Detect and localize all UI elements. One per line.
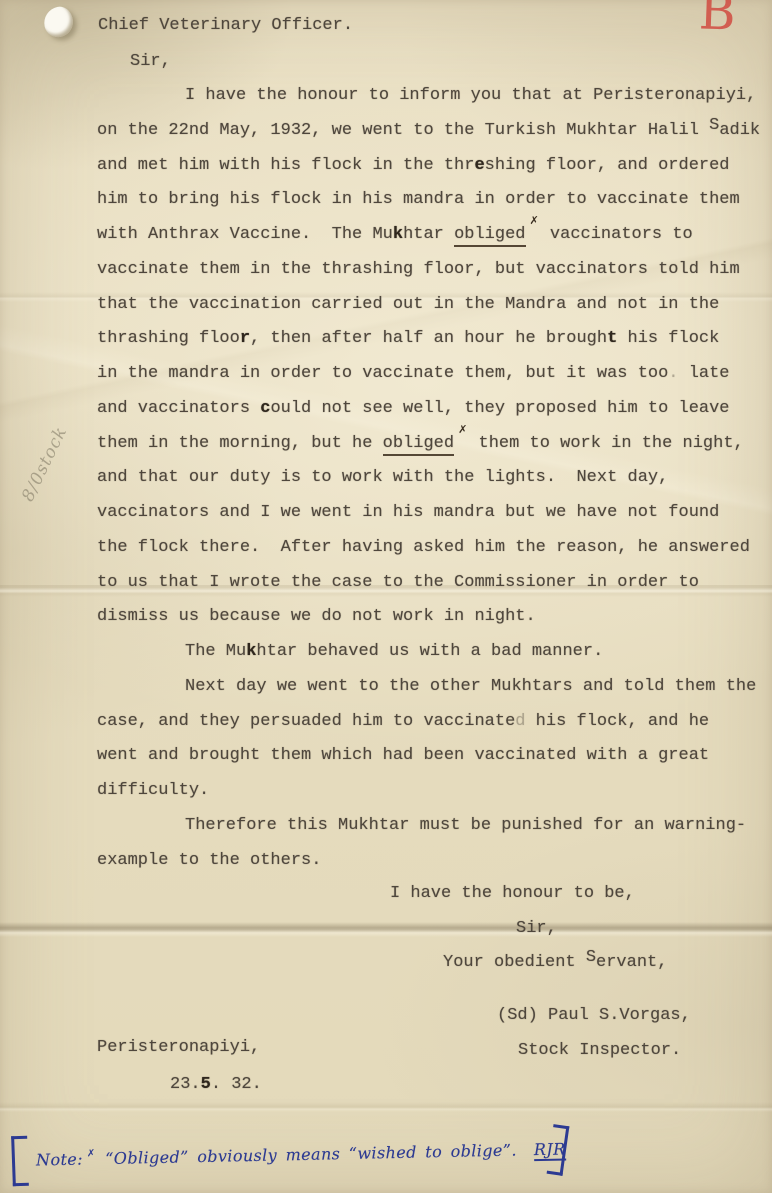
letter-line: on the 22nd May, 1932, we went to the Tu… (97, 119, 772, 154)
letter-line: Next day we went to the other Mukhtars a… (97, 675, 772, 710)
letter-line: example to the others. (97, 849, 772, 884)
letter-line: difficulty. (97, 779, 772, 814)
text-segment: them to work in the night, (468, 434, 743, 453)
text-segment: late (679, 364, 730, 383)
text-segment: Stock Inspector. (518, 1041, 681, 1060)
text-segment: ould not see well, they proposed him to … (270, 399, 729, 418)
text-segment: k (393, 225, 403, 244)
letter-line: Stock Inspector. (518, 1041, 681, 1061)
text-segment: . 32. (211, 1075, 262, 1094)
letter-line: him to bring his flock in his mandra in … (97, 188, 772, 223)
text-segment: Note: (36, 1150, 83, 1170)
text-segment: adik (719, 121, 760, 140)
text-segment: , then after half an hour he brough (250, 329, 607, 348)
text-segment: that the vaccination carried out in the … (97, 295, 719, 314)
text-segment: ervant, (596, 953, 667, 972)
letter-line: dismiss us because we do not work in nig… (97, 605, 772, 640)
text-segment: 5 (201, 1075, 211, 1094)
letter-line: and that our duty is to work with the li… (97, 466, 772, 501)
letter-line: Sir, (516, 919, 557, 939)
letter-line: vaccinate them in the thrashing floor, b… (97, 258, 772, 293)
letter-line: case, and they persuaded him to vaccinat… (97, 710, 772, 745)
text-segment: him to bring his flock in his mandra in … (97, 190, 740, 209)
text-segment: e (474, 156, 484, 175)
letter-line: and met him with his flock in the thresh… (97, 154, 772, 189)
letter-line: Chief Veterinary Officer. (98, 16, 353, 36)
text-segment: on the 22nd May, 1932, we went to the Tu… (97, 121, 709, 140)
letter-page: B 8/0stock Chief Veterinary Officer.Sir,… (0, 0, 772, 1193)
text-segment: Sir, (516, 919, 557, 938)
letter-line: Sir, (130, 52, 171, 72)
letter-line: 23.5. 32. (170, 1075, 262, 1095)
letter-line: I have the honour to inform you that at … (97, 84, 772, 119)
paper-hole (41, 4, 76, 39)
text-segment: (Sd) Paul S.Vorgas, (497, 1006, 691, 1025)
letter-line: vaccinators and I we went in his mandra … (97, 501, 772, 536)
text-segment: difficulty. (97, 781, 209, 800)
letter-line: in the mandra in order to vaccinate them… (97, 362, 772, 397)
text-segment: them in the morning, but he (97, 434, 383, 453)
text-segment: k (246, 642, 256, 661)
text-segment: ✗ (87, 1148, 96, 1159)
letter-line: (Sd) Paul S.Vorgas, (497, 1006, 691, 1026)
text-segment: and vaccinators (97, 399, 260, 418)
text-segment: ✗ (458, 423, 467, 436)
text-segment: his flock, and he (525, 712, 709, 731)
handwritten-footnote: Note:✗ “Obliged” obviously means “wished… (0, 1120, 772, 1193)
text-segment: RJR (534, 1139, 566, 1161)
text-segment: and met him with his flock in the thr (97, 156, 474, 175)
text-segment: r (240, 329, 250, 348)
letter-line: went and brought them which had been vac… (97, 744, 772, 779)
text-segment: obliged (454, 225, 525, 247)
text-segment: went and brought them which had been vac… (97, 746, 709, 765)
letter-line: I have the honour to be, (390, 884, 635, 904)
text-segment: 23. (170, 1075, 201, 1094)
text-segment: “Obliged” obviously means “wished to obl… (97, 1140, 535, 1168)
letter-line: to us that I wrote the case to the Commi… (97, 571, 772, 606)
text-segment: t (607, 329, 617, 348)
letter-line: with Anthrax Vaccine. The Mukhtar oblige… (97, 223, 772, 258)
text-segment: and that our duty is to work with the li… (97, 468, 668, 487)
text-segment: S (586, 948, 596, 967)
text-segment: obliged (383, 434, 454, 456)
text-segment: d (515, 712, 525, 731)
letter-body: I have the honour to inform you that at … (97, 84, 772, 883)
text-segment: Next day we went to the other Mukhtars a… (185, 677, 756, 696)
text-segment: htar (403, 225, 454, 244)
red-pencil-mark: B (698, 0, 737, 42)
text-segment: c (260, 399, 270, 418)
letter-line: Therefore this Mukhtar must be punished … (97, 814, 772, 849)
text-segment: shing floor, and ordered (485, 156, 730, 175)
letter-line: and vaccinators could not see well, they… (97, 397, 772, 432)
text-segment: Therefore this Mukhtar must be punished … (185, 816, 746, 835)
text-segment: the flock there. After having asked him … (97, 538, 750, 557)
text-segment: in the mandra in order to vaccinate them… (97, 364, 668, 383)
text-segment: ✗ (530, 214, 539, 227)
text-segment: thrashing floo (97, 329, 240, 348)
letter-line: the flock there. After having asked him … (97, 536, 772, 571)
text-segment: I have the honour to be, (390, 884, 635, 903)
text-segment: . (668, 364, 678, 383)
text-segment: dismiss us because we do not work in nig… (97, 607, 536, 626)
fold-crease (0, 922, 772, 937)
text-segment: Your obedient (443, 953, 586, 972)
letter-line: The Mukhtar behaved us with a bad manner… (97, 640, 772, 675)
text-segment: Sir, (130, 52, 171, 71)
text-segment: Peristeronapiyi, (97, 1038, 260, 1057)
text-segment: The Mu (185, 642, 246, 661)
footnote-text: Note:✗ “Obliged” obviously means “wished… (36, 1139, 566, 1169)
text-segment: to us that I wrote the case to the Commi… (97, 573, 699, 592)
text-segment: S (709, 116, 719, 135)
text-segment: htar behaved us with a bad manner. (256, 642, 603, 661)
letter-line: Your obedient Servant, (443, 953, 667, 973)
text-segment: I have the honour to inform you that at … (185, 86, 756, 105)
bracket-left-icon (11, 1136, 29, 1187)
text-segment: case, and they persuaded him to vaccinat… (97, 712, 515, 731)
text-segment: vaccinators to (540, 225, 693, 244)
text-segment: example to the others. (97, 851, 321, 870)
text-segment: with Anthrax Vaccine. The Mu (97, 225, 393, 244)
letter-line: thrashing floor, then after half an hour… (97, 327, 772, 362)
text-segment: his flock (617, 329, 719, 348)
text-segment: vaccinators and I we went in his mandra … (97, 503, 719, 522)
fold-crease (0, 1102, 772, 1112)
letter-line: Peristeronapiyi, (97, 1038, 260, 1058)
letter-line: that the vaccination carried out in the … (97, 293, 772, 328)
pencil-margin-note: 8/0stock (18, 423, 71, 505)
text-segment: vaccinate them in the thrashing floor, b… (97, 260, 740, 279)
text-segment: Chief Veterinary Officer. (98, 16, 353, 35)
letter-line: them in the morning, but he obliged✗ the… (97, 432, 772, 467)
